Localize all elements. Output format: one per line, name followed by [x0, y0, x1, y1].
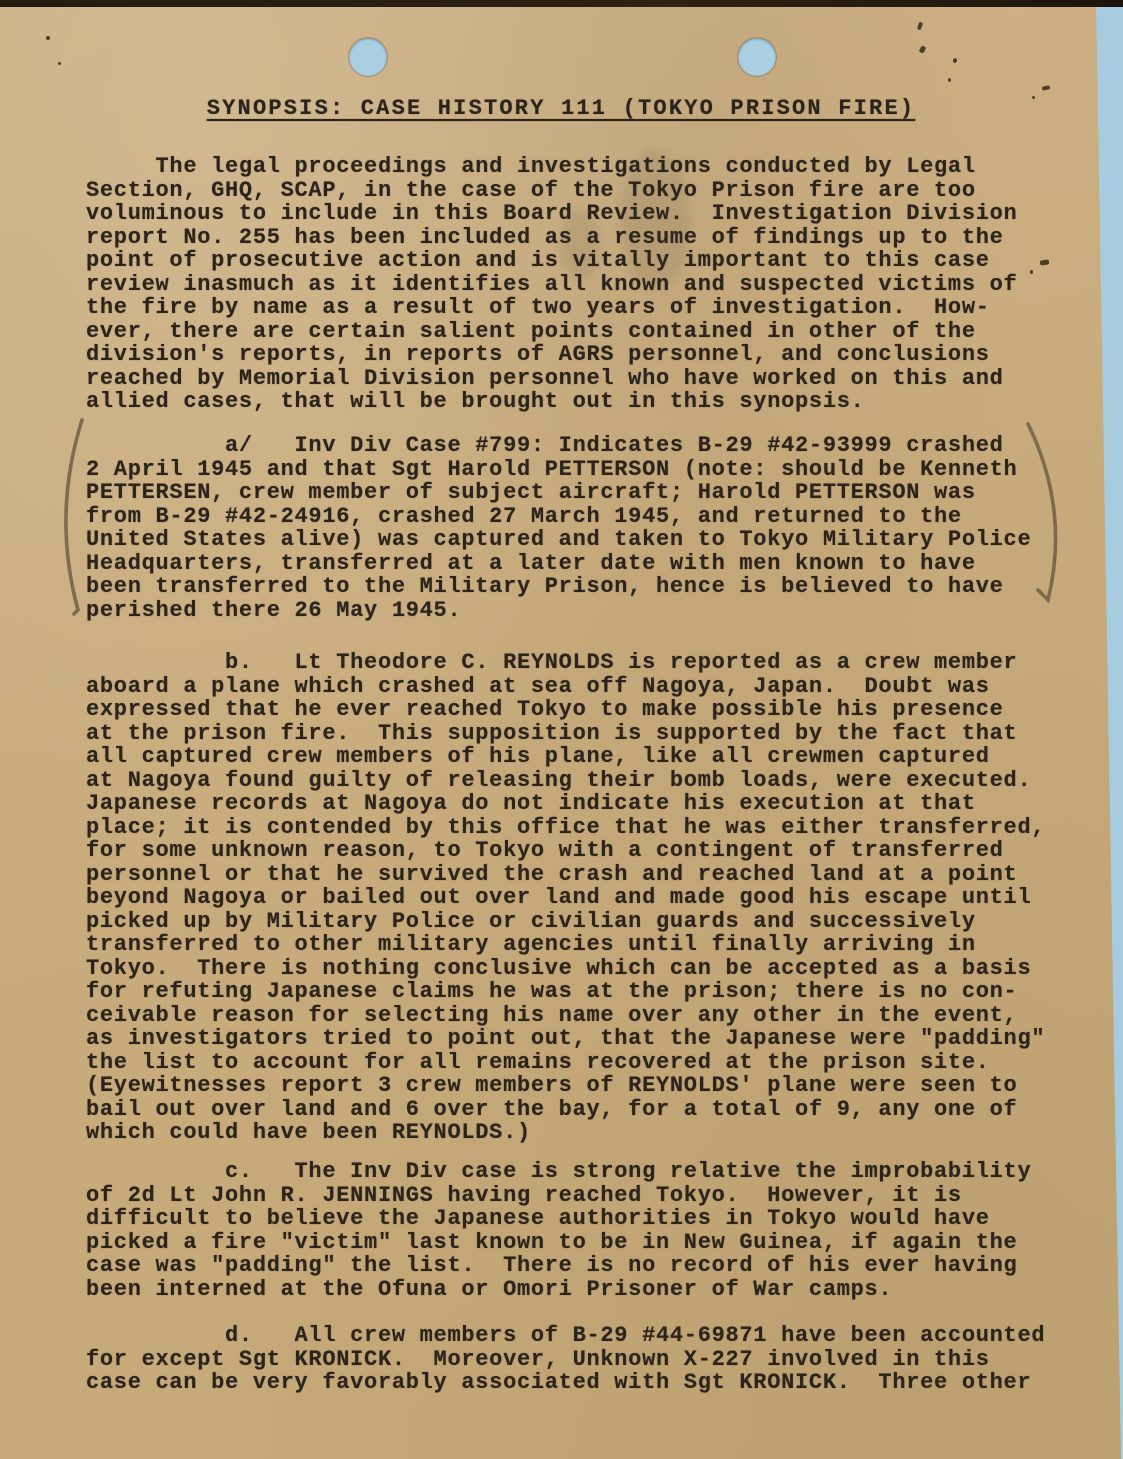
paragraph-item-c: c. The Inv Div case is strong relative t… — [86, 1160, 1031, 1301]
punch-hole-left — [349, 38, 387, 76]
paragraph-item-a: a/ Inv Div Case #799: Indicates B-29 #42… — [86, 434, 1031, 622]
paper-speck — [46, 36, 50, 40]
paper-smudge — [620, 150, 690, 290]
document-title: SYNOPSIS: CASE HISTORY 111 (TOKYO PRISON… — [86, 96, 1036, 121]
punch-hole-right — [738, 38, 776, 76]
scanned-document-page: SYNOPSIS: CASE HISTORY 111 (TOKYO PRISON… — [0, 0, 1123, 1459]
paper-smudge — [560, 210, 600, 280]
paper-speck — [1032, 96, 1035, 99]
scan-top-edge — [0, 0, 1123, 7]
paper-speck — [1030, 270, 1033, 274]
paragraph-item-b: b. Lt Theodore C. REYNOLDS is reported a… — [86, 651, 1045, 1145]
paragraph-item-d: d. All crew members of B-29 #44-69871 ha… — [86, 1324, 1045, 1395]
paper-speck — [948, 78, 951, 82]
paper-speck — [58, 62, 61, 65]
paragraph-intro: The legal proceedings and investigations… — [86, 155, 1017, 414]
